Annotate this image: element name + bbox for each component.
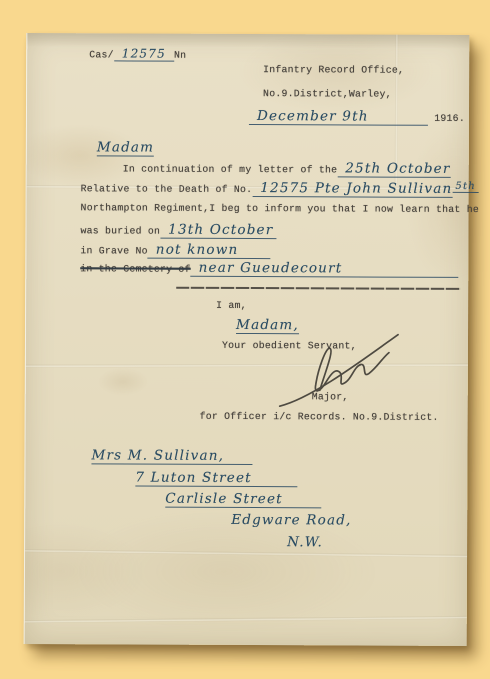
body-line-2-superscript: 5th <box>452 181 478 193</box>
address-road: Edgware Road, <box>231 512 351 529</box>
letterhead-office-text: Infantry Record Office, <box>263 64 404 76</box>
photo-background: Cas/ 12575 Nn Infantry Record Office, No… <box>0 0 490 679</box>
body-line-4: was buried on 13th October <box>80 221 276 239</box>
body-line-3-typed: Northampton Regiment,I beg to inform you… <box>81 202 479 215</box>
body-line-1: In continuation of my letter of the 25th… <box>123 159 449 177</box>
body-line-6-handwritten: near Gueudecourt <box>191 260 459 278</box>
typed-rule <box>176 287 460 290</box>
reference-number-handwritten: 12575 <box>114 46 174 61</box>
address-line-2: 7 Luton Street <box>135 470 297 488</box>
body-line-1-typed: In continuation of my letter of the <box>123 163 338 175</box>
date-handwritten: December 9th <box>249 108 428 126</box>
body-line-4-handwritten: 13th October <box>160 222 276 240</box>
letterhead-office: Infantry Record Office, <box>263 64 404 76</box>
address-line-1: Mrs M. Sullivan, <box>91 447 252 465</box>
reference-suffix: Nn <box>174 50 186 61</box>
body-line-2-handwritten: 12575 Pte John Sullivan <box>252 180 452 198</box>
closing-for-line: for Officer i/c Records. No.9.District. <box>200 411 439 423</box>
paper-crease <box>25 616 467 623</box>
reference-prefix: Cas/ <box>89 49 114 60</box>
address-street2: Carlisle Street <box>165 491 321 509</box>
address-line-4: Edgware Road, <box>231 512 351 529</box>
closing-rank: Major, <box>312 391 349 402</box>
body-line-4-typed: was buried on <box>80 225 160 236</box>
closing-i-am: I am, <box>216 300 247 311</box>
date-line: December 9th 1916. <box>249 108 465 126</box>
closing-i-am-text: I am, <box>216 300 247 311</box>
body-line-2-typed: Relative to the Death of No. <box>81 183 253 195</box>
address-line-3: Carlisle Street <box>165 491 321 509</box>
address-postal-district: N.W. <box>287 534 323 550</box>
body-line-6-struck: in the Cemetery of <box>80 263 190 274</box>
body-line-5-handwritten: not known <box>148 242 271 260</box>
body-line-6: in the Cemetery of near Gueudecourt <box>80 259 458 278</box>
letterhead-district: No.9.District,Warley, <box>263 88 392 100</box>
salutation: Madam <box>97 139 154 156</box>
body-line-5: in Grave No not known <box>80 241 270 259</box>
body-line-5-typed: in Grave No <box>80 245 147 256</box>
address-line-5: N.W. <box>287 534 323 550</box>
address-name: Mrs M. Sullivan, <box>91 447 252 465</box>
letter-paper: Cas/ 12575 Nn Infantry Record Office, No… <box>24 33 470 646</box>
address-street: 7 Luton Street <box>135 470 297 488</box>
reference-line: Cas/ 12575 Nn <box>89 46 186 61</box>
paper-crease <box>25 549 467 558</box>
date-year: 1916. <box>428 113 465 124</box>
body-line-3: Northampton Regiment,I beg to inform you… <box>81 202 479 215</box>
closing-rank-text: Major, <box>312 391 349 402</box>
closing-for-line-text: for Officer i/c Records. No.9.District. <box>200 411 439 423</box>
salutation-text: Madam <box>97 139 154 156</box>
letterhead-district-text: No.9.District,Warley, <box>263 88 392 100</box>
body-line-1-handwritten: 25th October <box>337 160 450 177</box>
body-line-2: Relative to the Death of No. 12575 Pte J… <box>81 179 449 198</box>
